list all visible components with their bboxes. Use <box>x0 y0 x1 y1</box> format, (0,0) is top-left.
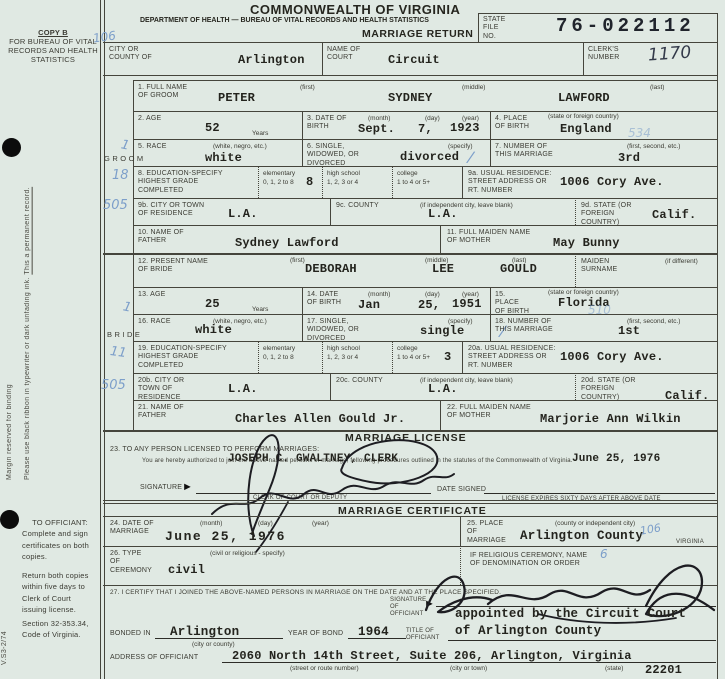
address-value: 2060 North 14th Street, Suite 206, Arlin… <box>232 649 632 663</box>
marriage-date-value: June 25, 1976 <box>165 529 286 544</box>
divider <box>103 42 718 43</box>
bride-last-name: GOULD <box>500 262 537 276</box>
bride-pencil-note-1: 1 <box>122 299 133 315</box>
divider <box>462 166 463 198</box>
city-county-value: Arlington <box>238 53 305 67</box>
field-10-label: 10. NAME OF FATHER <box>138 229 188 246</box>
field-25-label: 25. PLACE OF MARRIAGE <box>467 520 513 545</box>
field-1-label: 1. FULL NAME OF GROOM <box>138 84 198 101</box>
divider <box>133 373 718 374</box>
clerk-number-value: 1170 <box>647 43 692 66</box>
field-7-label: 7. NUMBER OF THIS MARRIAGE <box>495 143 553 160</box>
bonded-in-label: BONDED IN <box>110 630 151 638</box>
divider <box>460 516 461 546</box>
officiant-title-line2: of Arlington County <box>455 624 601 638</box>
clerk-number-label: CLERK'S NUMBER <box>588 46 628 63</box>
place-pencil-note: 106 <box>639 521 662 537</box>
hint-day: (day) <box>258 520 273 527</box>
bride-birth-year: 1951 <box>452 297 482 311</box>
field-9a-label: 9a. USUAL RESIDENCE: STREET ADDRESS OR R… <box>468 170 556 195</box>
groom-race: white <box>205 151 242 165</box>
divider <box>302 111 303 166</box>
groom-father-name: Sydney Lawford <box>235 236 339 250</box>
groom-city: L.A. <box>228 207 258 221</box>
to-officiant-p2: Return both copies within five days to C… <box>22 570 98 615</box>
typed-license-date: June 25, 1976 <box>572 453 660 465</box>
copy-subtitle: FOR BUREAU OF VITAL RECORDS AND HEALTH S… <box>8 37 98 64</box>
field-11-label: 11. FULL MAIDEN NAME OF MOTHER <box>447 229 537 246</box>
field-4-hint: (state or foreign country) <box>548 113 619 120</box>
bride-middle-name: LEE <box>432 262 454 276</box>
groom-state: Calif. <box>652 208 696 222</box>
address-of-officiant-label: ADDRESS OF OFFICIANT <box>110 654 198 662</box>
field-8-highschool-label: high school <box>327 170 360 177</box>
to-officiant-p1: Complete and sign certificates on both c… <box>22 528 98 562</box>
divider <box>478 13 718 14</box>
commonwealth-title: COMMONWEALTH OF VIRGINIA <box>250 2 460 17</box>
margin-binding-note: Margin reserved for binding <box>6 300 13 480</box>
field-16-label: 16. RACE <box>138 318 171 326</box>
divider <box>490 111 491 166</box>
officiant-signature <box>418 548 722 636</box>
department-title: DEPARTMENT OF HEALTH — BUREAU OF VITAL R… <box>140 17 429 24</box>
code-reference: Section 32-353.34, Code of Virginia. <box>22 618 98 641</box>
copy-title: COPY B <box>38 28 68 37</box>
divider <box>103 503 718 504</box>
hint-month: (month) <box>200 520 222 527</box>
bride-age-years: Years <box>252 306 268 313</box>
groom-birth-year: 1923 <box>450 121 480 135</box>
groom-pencil-note-2: 18 <box>112 168 129 183</box>
hint-first: (first) <box>290 257 305 264</box>
divider <box>258 341 259 373</box>
field-13-label: 13. AGE <box>138 291 165 299</box>
field-19-label: 19. EDUCATION-SPECIFY HIGHEST GRADE COMP… <box>138 345 238 370</box>
bride-pencil-note-2: 11 <box>109 344 127 361</box>
divider <box>330 198 331 225</box>
groom-middle-name: SYDNEY <box>388 91 432 105</box>
to-officiant-title: TO OFFICIANT: <box>22 517 98 528</box>
divider <box>103 516 718 517</box>
bride-city: L.A. <box>228 382 258 396</box>
hint-middle: (middle) <box>462 84 485 91</box>
field-19-highschool-range: 1, 2, 3 or 4 <box>327 354 358 361</box>
groom-pencil-note-1: 1 <box>120 137 131 153</box>
divider <box>100 0 101 679</box>
field-19-highschool-label: high school <box>327 345 360 352</box>
field-6-label: 6. SINGLE, WIDOWED, OR DIVORCED <box>307 143 382 168</box>
field-19-elementary-label: elementary <box>263 345 295 352</box>
groom-education-value: 8 <box>306 175 313 189</box>
divider <box>322 166 323 198</box>
divider <box>103 253 718 255</box>
state-file-number: 76-022112 <box>556 15 695 37</box>
divider <box>322 341 323 373</box>
groom-street-address: 1006 Cory Ave. <box>560 175 664 189</box>
groom-marital-status: divorced <box>400 150 459 164</box>
divider <box>478 13 479 42</box>
field-19-college-label: college <box>397 345 418 352</box>
divider <box>103 546 718 547</box>
bride-mother-name: Marjorie Ann Wilkin <box>540 412 681 426</box>
copy-designation: COPY B FOR BUREAU OF VITAL RECORDS AND H… <box>6 28 100 64</box>
margin-ink-note: Please use black ribbon in typewriter or… <box>24 120 31 480</box>
field-5-label: 5. RACE <box>138 143 167 151</box>
bride-pencil-note-3: 505 <box>101 378 126 393</box>
groom-age: 52 <box>205 121 220 135</box>
bride-county: L.A. <box>428 382 458 396</box>
bride-birth-day: 25, <box>418 298 440 312</box>
bride-race: white <box>195 323 232 337</box>
field-20b-label: 20b. CITY OR TOWN OF RESIDENCE <box>138 377 208 402</box>
field-3-label: 3. DATE OF BIRTH <box>307 115 349 132</box>
groom-mother-name: May Bunny <box>553 236 620 250</box>
field-26-label: 26. TYPE OF CEREMONY <box>110 550 152 575</box>
bride-marriage-number: 1st <box>618 324 640 338</box>
field-7-hint: (first, second, etc.) <box>627 143 680 150</box>
divider <box>330 373 331 400</box>
field-22-label: 22. FULL MAIDEN NAME OF MOTHER <box>447 404 537 421</box>
field-8-elementary-range: 0, 1, 2 to 8 <box>263 179 294 186</box>
groom-status-pencil-mark: / <box>467 148 475 167</box>
divider <box>322 42 323 75</box>
groom-county: L.A. <box>428 207 458 221</box>
ceremony-type-value: civil <box>168 563 205 577</box>
divider <box>440 225 441 253</box>
form-code: V.S3-2/74 <box>1 595 8 665</box>
field-26-hint: (civil or religious - specify) <box>210 550 285 557</box>
court-value: Circuit <box>388 53 440 67</box>
groom-birth-day: 7, <box>418 122 433 136</box>
bride-side-label: BRIDE <box>107 330 142 339</box>
divider <box>133 287 718 288</box>
divider <box>302 287 303 341</box>
court-label: NAME OF COURT <box>327 46 367 63</box>
form-title: MARRIAGE RETURN <box>362 28 473 40</box>
field-15-label: 15. PLACE OF BIRTH <box>495 291 531 316</box>
field-20c-label: 20c. COUNTY <box>336 377 383 385</box>
field-8-label: 8. EDUCATION-SPECIFY HIGHEST GRADE COMPL… <box>138 170 238 195</box>
field-8-college-range: 1 to 4 or 5+ <box>397 179 430 186</box>
groom-marriage-number: 3rd <box>618 151 640 165</box>
field-24-label: 24. DATE OF MARRIAGE <box>110 520 156 537</box>
hint-first: (first) <box>300 84 315 91</box>
divider <box>133 198 718 199</box>
title-of-officiant-line <box>448 640 716 641</box>
groom-last-name: LAWFORD <box>558 91 610 105</box>
title-of-officiant-label: TITLE OF OFFICIANT <box>406 628 442 642</box>
bonded-in-hint: (city or county) <box>192 641 235 648</box>
field-12-label: 12. PRESENT NAME OF BRIDE <box>138 258 208 275</box>
field-21-label: 21. NAME OF FATHER <box>138 404 188 421</box>
year-of-bond-label: YEAR OF BOND <box>288 630 343 638</box>
divider <box>133 111 718 112</box>
hole-punch-top <box>2 138 21 157</box>
field-9d-label: 9d. STATE (OR FOREIGN COUNTRY) <box>581 202 651 227</box>
field-20a-label: 20a. USUAL RESIDENCE: STREET ADDRESS OR … <box>468 345 556 370</box>
to-officiant-block: TO OFFICIANT: Complete and sign certific… <box>22 517 98 615</box>
field-25-hint: (county or independent city) <box>555 520 635 527</box>
bride-state: Calif. <box>665 389 709 403</box>
year-of-bond-value: 1964 <box>358 625 389 639</box>
divider <box>392 166 393 198</box>
bride-first-name: DEBORAH <box>305 262 357 276</box>
field-8-highschool-range: 1, 2, 3 or 4 <box>327 179 358 186</box>
field-17-label: 17. SINGLE, WIDOWED, OR DIVORCED <box>307 318 382 343</box>
divider <box>133 166 718 167</box>
field-2-label: 2. AGE <box>138 115 161 123</box>
field-19-elementary-range: 0, 1, 2 to 8 <box>263 354 294 361</box>
divider <box>133 80 718 81</box>
groom-pencil-note-3: 505 <box>103 198 128 213</box>
divider <box>103 75 718 76</box>
marriage-return-form: COPY B FOR BUREAU OF VITAL RECORDS AND H… <box>0 0 725 679</box>
field-8-college-label: college <box>397 170 418 177</box>
field-20d-label: 20d. STATE (OR FOREIGN COUNTRY) <box>581 377 651 402</box>
address-state-hint: (state) <box>605 665 623 672</box>
divider <box>575 373 576 400</box>
address-zip: 22201 <box>645 663 682 677</box>
groom-birth-month: Sept. <box>358 122 395 136</box>
maiden-surname-label: MAIDEN SURNAME <box>581 258 631 275</box>
divider <box>583 42 584 75</box>
hint-year: (year) <box>312 520 329 527</box>
divider <box>392 341 393 373</box>
address-city-hint: (city or town) <box>450 665 487 672</box>
field-19-college-range: 1 to 4 or 5+ <box>397 354 430 361</box>
divider <box>133 314 718 315</box>
hole-punch-bottom <box>0 510 19 529</box>
divider <box>258 166 259 198</box>
groom-first-name: PETER <box>218 91 255 105</box>
bride-education-value: 3 <box>444 350 451 364</box>
field-5-hint: (white, negro, etc.) <box>213 143 267 150</box>
divider <box>575 253 576 287</box>
ink-note-text: Please use black ribbon in typewriter or… <box>24 277 31 480</box>
divider <box>462 341 463 373</box>
bride-birthplace-pencil-note: 510 <box>588 303 611 317</box>
date-signed-line <box>484 493 715 494</box>
divider <box>133 80 134 430</box>
field-9b-label: 9b. CITY OR TOWN OF RESIDENCE <box>138 202 208 219</box>
bride-marital-status: single <box>420 324 464 338</box>
divider <box>104 0 105 679</box>
officiant-title-line1: appointed by the Circuit Court <box>455 607 686 621</box>
groom-birthplace-pencil-note: 534 <box>628 126 651 140</box>
field-4-label: 4. PLACE OF BIRTH <box>495 115 531 132</box>
groom-age-years: Years <box>252 130 268 137</box>
divider <box>133 341 718 342</box>
field-18-label: 18. NUMBER OF THIS MARRIAGE <box>495 318 553 335</box>
marriage-place-value: Arlington County <box>520 529 643 543</box>
hint-last: (last) <box>650 84 664 91</box>
maiden-surname-hint: (if different) <box>665 258 698 265</box>
divider <box>575 198 576 225</box>
field-8-elementary-label: elementary <box>263 170 295 177</box>
field-9c-label: 9c. COUNTY <box>336 202 379 210</box>
field-14-label: 14. DATE OF BIRTH <box>307 291 349 308</box>
bride-age: 25 <box>205 297 220 311</box>
divider <box>103 500 718 501</box>
address-street-hint: (street or route number) <box>290 665 359 672</box>
permanent-record-text: This a permanent record. <box>24 187 31 275</box>
city-county-label: CITY OR COUNTY OF <box>109 46 164 63</box>
bonded-in-value: Arlington <box>170 625 239 639</box>
groom-birthplace: England <box>560 122 612 136</box>
bride-birth-month: Jan <box>358 298 380 312</box>
state-file-label: STATE FILE NO. <box>483 16 511 41</box>
bride-street-address: 1006 Cory Ave. <box>560 350 664 364</box>
groom-side-label: GROOM <box>104 154 146 163</box>
signature-label: SIGNATURE <box>140 484 182 492</box>
divider <box>490 287 491 341</box>
